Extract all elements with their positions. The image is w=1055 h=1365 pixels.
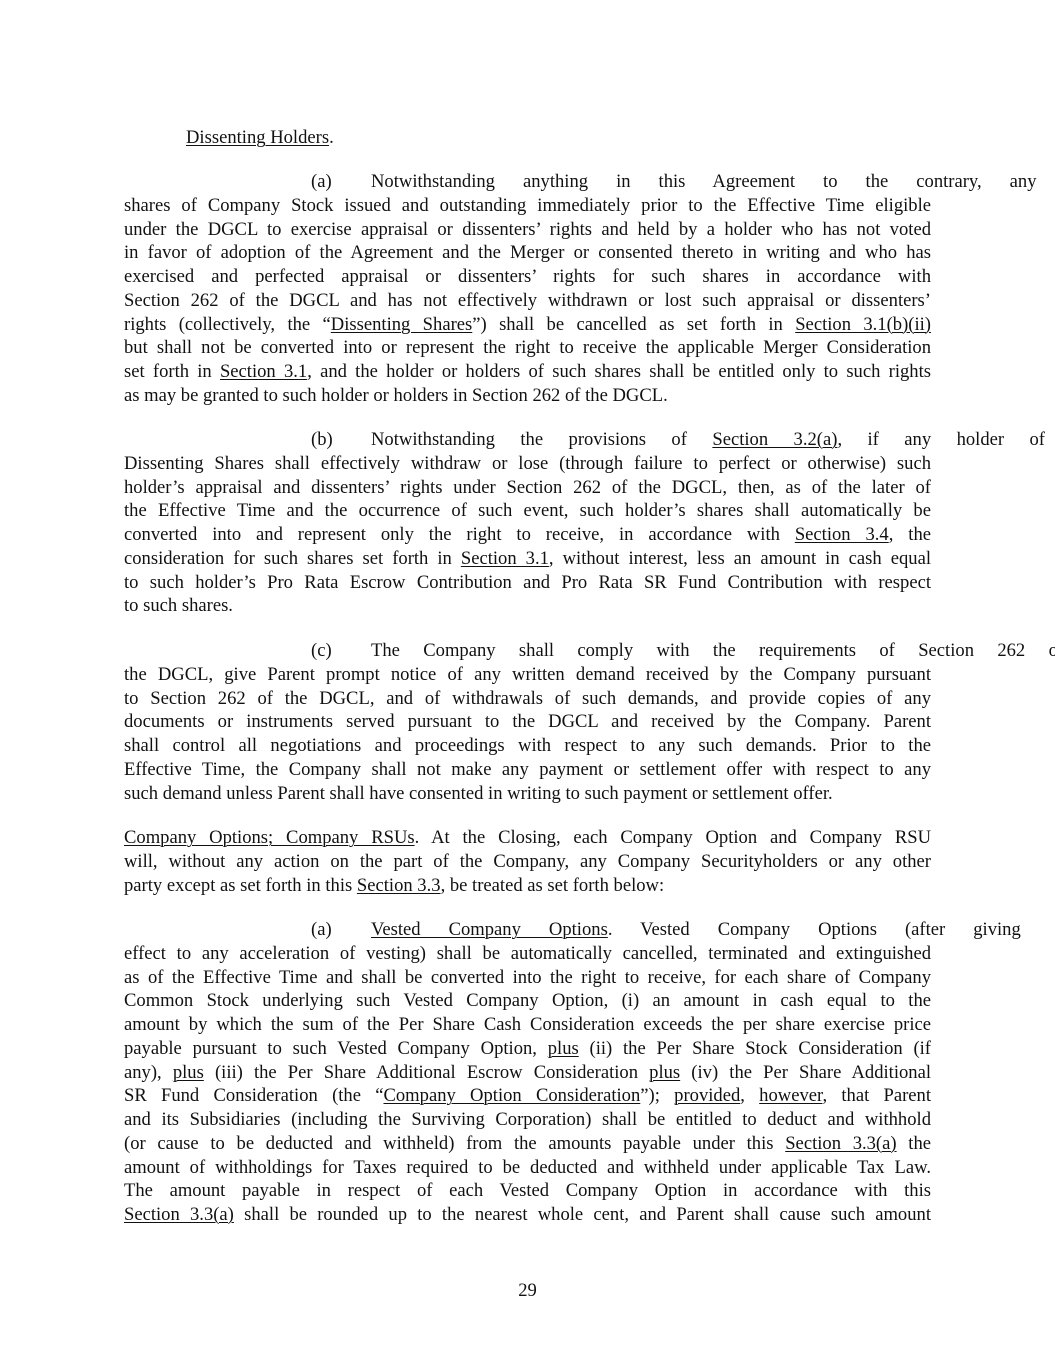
text-line: as may be granted to such holder or hold…: [124, 384, 931, 408]
text-line: Effective Time, the Company shall not ma…: [124, 758, 931, 782]
text-line: (a)Notwithstanding anything in this Agre…: [124, 170, 931, 194]
paragraph-dissenting-a: (a)Notwithstanding anything in this Agre…: [124, 170, 931, 408]
text-line: (b)Notwithstanding the provisions of Sec…: [124, 428, 931, 452]
text-line: Dissenting Shares shall effectively with…: [124, 452, 931, 476]
section-company-options: Company Options; Company RSUs. At the Cl…: [124, 826, 931, 897]
document-page: Dissenting Holders. (a)Notwithstanding a…: [0, 0, 1055, 1365]
text-line: documents or instruments served pursuant…: [124, 710, 931, 734]
cross-reference-link[interactable]: Section 3.2(a): [712, 429, 837, 450]
text-line: the Effective Time and the occurrence of…: [124, 499, 931, 523]
text-line: SR Fund Consideration (the “Company Opti…: [124, 1084, 931, 1108]
clause-label: (c): [311, 639, 371, 663]
text-line: in favor of adoption of the Agreement an…: [124, 241, 931, 265]
clause-label: (a): [311, 170, 371, 194]
text-line: to such shares.: [124, 594, 931, 618]
clause-label: (a): [311, 918, 371, 942]
text-line: set forth in Section 3.1, and the holder…: [124, 360, 931, 384]
text-line: The amount payable in respect of each Ve…: [124, 1179, 931, 1203]
paragraph-vested-options: (a)Vested Company Options. Vested Compan…: [124, 918, 931, 1227]
subsection-title-vested-options: Vested Company Options: [371, 919, 608, 940]
cross-reference-link[interactable]: Section 3.4: [795, 524, 889, 545]
page-number: 29: [0, 1280, 1055, 1302]
text-line: any), plus (iii) the Per Share Additiona…: [124, 1061, 931, 1085]
paragraph-dissenting-b: (b)Notwithstanding the provisions of Sec…: [124, 428, 931, 618]
cross-reference-link[interactable]: Section 3.1: [220, 361, 307, 382]
text-line: rights (collectively, the “Dissenting Sh…: [124, 313, 931, 337]
text-line: Common Stock underlying such Vested Comp…: [124, 989, 931, 1013]
text-line: but shall not be converted into or repre…: [124, 336, 931, 360]
text-line: to Section 262 of the DGCL, and of withd…: [124, 687, 931, 711]
cross-reference-link[interactable]: Section 3.3(a): [785, 1133, 896, 1154]
text-line: (a)Vested Company Options. Vested Compan…: [124, 918, 931, 942]
text-line: under the DGCL to exercise appraisal or …: [124, 218, 931, 242]
text-line: and its Subsidiaries (including the Surv…: [124, 1108, 931, 1132]
text-line: as of the Effective Time and shall be co…: [124, 966, 931, 990]
text-line: such demand unless Parent shall have con…: [124, 782, 931, 806]
section-title-company-options: Company Options; Company RSUs: [124, 827, 415, 848]
text-line: Company Options; Company RSUs. At the Cl…: [124, 826, 931, 850]
cross-reference-link[interactable]: Section 3.3(a): [124, 1204, 234, 1225]
text-line: shares of Company Stock issued and outst…: [124, 194, 931, 218]
cross-reference-link[interactable]: Section 3.1: [461, 548, 549, 569]
text-line: to such holder’s Pro Rata Escrow Contrib…: [124, 571, 931, 595]
heading-title: Dissenting Holders: [186, 127, 329, 148]
text-line: consideration for such shares set forth …: [124, 547, 931, 571]
text-line: Section 3.3(a) shall be rounded up to th…: [124, 1203, 931, 1227]
text-line: holder’s appraisal and dissenters’ right…: [124, 476, 931, 500]
clause-label: (b): [311, 428, 371, 452]
text-line: shall control all negotiations and proce…: [124, 734, 931, 758]
section-heading-dissenting-holders: Dissenting Holders.: [186, 126, 334, 150]
text-line: party except as set forth in this Sectio…: [124, 874, 931, 898]
text-line: will, without any action on the part of …: [124, 850, 931, 874]
text-line: effect to any acceleration of vesting) s…: [124, 942, 931, 966]
text-line: Section 262 of the DGCL and has not effe…: [124, 289, 931, 313]
paragraph-dissenting-c: (c)The Company shall comply with the req…: [124, 639, 931, 805]
cross-reference-link[interactable]: Section 3.1(b)(ii): [795, 314, 931, 335]
defined-term-company-option-consideration: Company Option Consideration: [383, 1085, 640, 1106]
cross-reference-link[interactable]: Section 3.3: [357, 875, 441, 896]
defined-term-dissenting-shares: Dissenting Shares: [331, 314, 472, 335]
text-line: (or cause to be deducted and withheld) f…: [124, 1132, 931, 1156]
text-line: payable pursuant to such Vested Company …: [124, 1037, 931, 1061]
text-line: exercised and perfected appraisal or dis…: [124, 265, 931, 289]
text-line: amount by which the sum of the Per Share…: [124, 1013, 931, 1037]
text-line: (c)The Company shall comply with the req…: [124, 639, 931, 663]
text-line: the DGCL, give Parent prompt notice of a…: [124, 663, 931, 687]
text-line: amount of withholdings for Taxes require…: [124, 1156, 931, 1180]
text-line: converted into and represent only the ri…: [124, 523, 931, 547]
